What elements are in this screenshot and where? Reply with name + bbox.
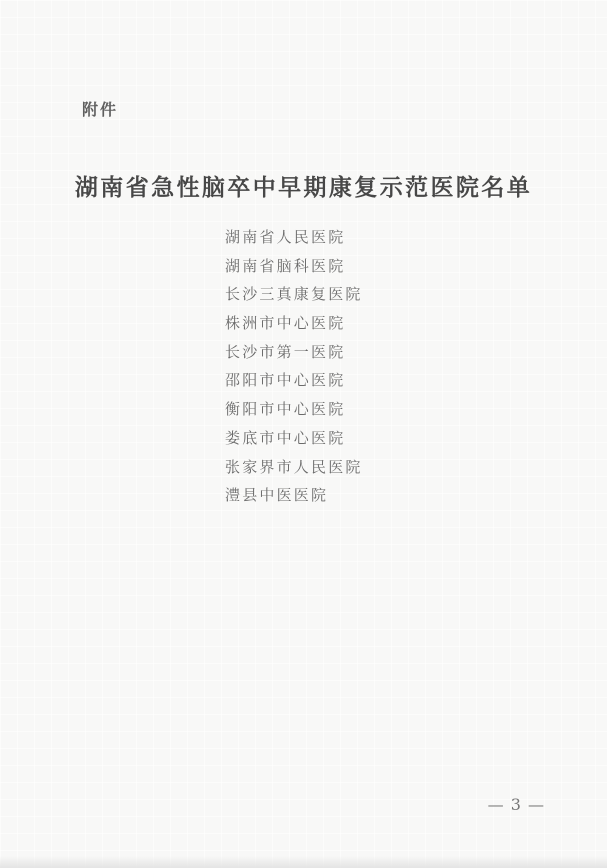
- page-title: 湖南省急性脑卒中早期康复示范医院名单: [0, 169, 607, 202]
- hospital-list-item: 长沙市第一医院: [225, 338, 363, 367]
- hospital-list-item: 娄底市中心医院: [225, 424, 363, 453]
- hospital-list-item: 长沙三真康复医院: [225, 280, 363, 309]
- attachment-label: 附件: [82, 97, 118, 120]
- hospital-list-item: 衡阳市中心医院: [225, 395, 363, 424]
- hospital-list-item: 张家界市人民医院: [225, 453, 363, 482]
- hospital-list: 湖南省人民医院湖南省脑科医院长沙三真康复医院株洲市中心医院长沙市第一医院邵阳市中…: [225, 223, 363, 510]
- hospital-list-item: 湖南省脑科医院: [225, 252, 363, 281]
- scan-edge-shadow: [0, 856, 607, 868]
- hospital-list-item: 澧县中医医院: [225, 481, 363, 510]
- hospital-list-item: 株洲市中心医院: [225, 309, 363, 338]
- hospital-list-item: 湖南省人民医院: [225, 223, 363, 252]
- scanned-document-page: 附件 湖南省急性脑卒中早期康复示范医院名单 湖南省人民医院湖南省脑科医院长沙三真…: [0, 0, 607, 868]
- page-number: — 3 —: [488, 795, 545, 814]
- hospital-list-item: 邵阳市中心医院: [225, 366, 363, 395]
